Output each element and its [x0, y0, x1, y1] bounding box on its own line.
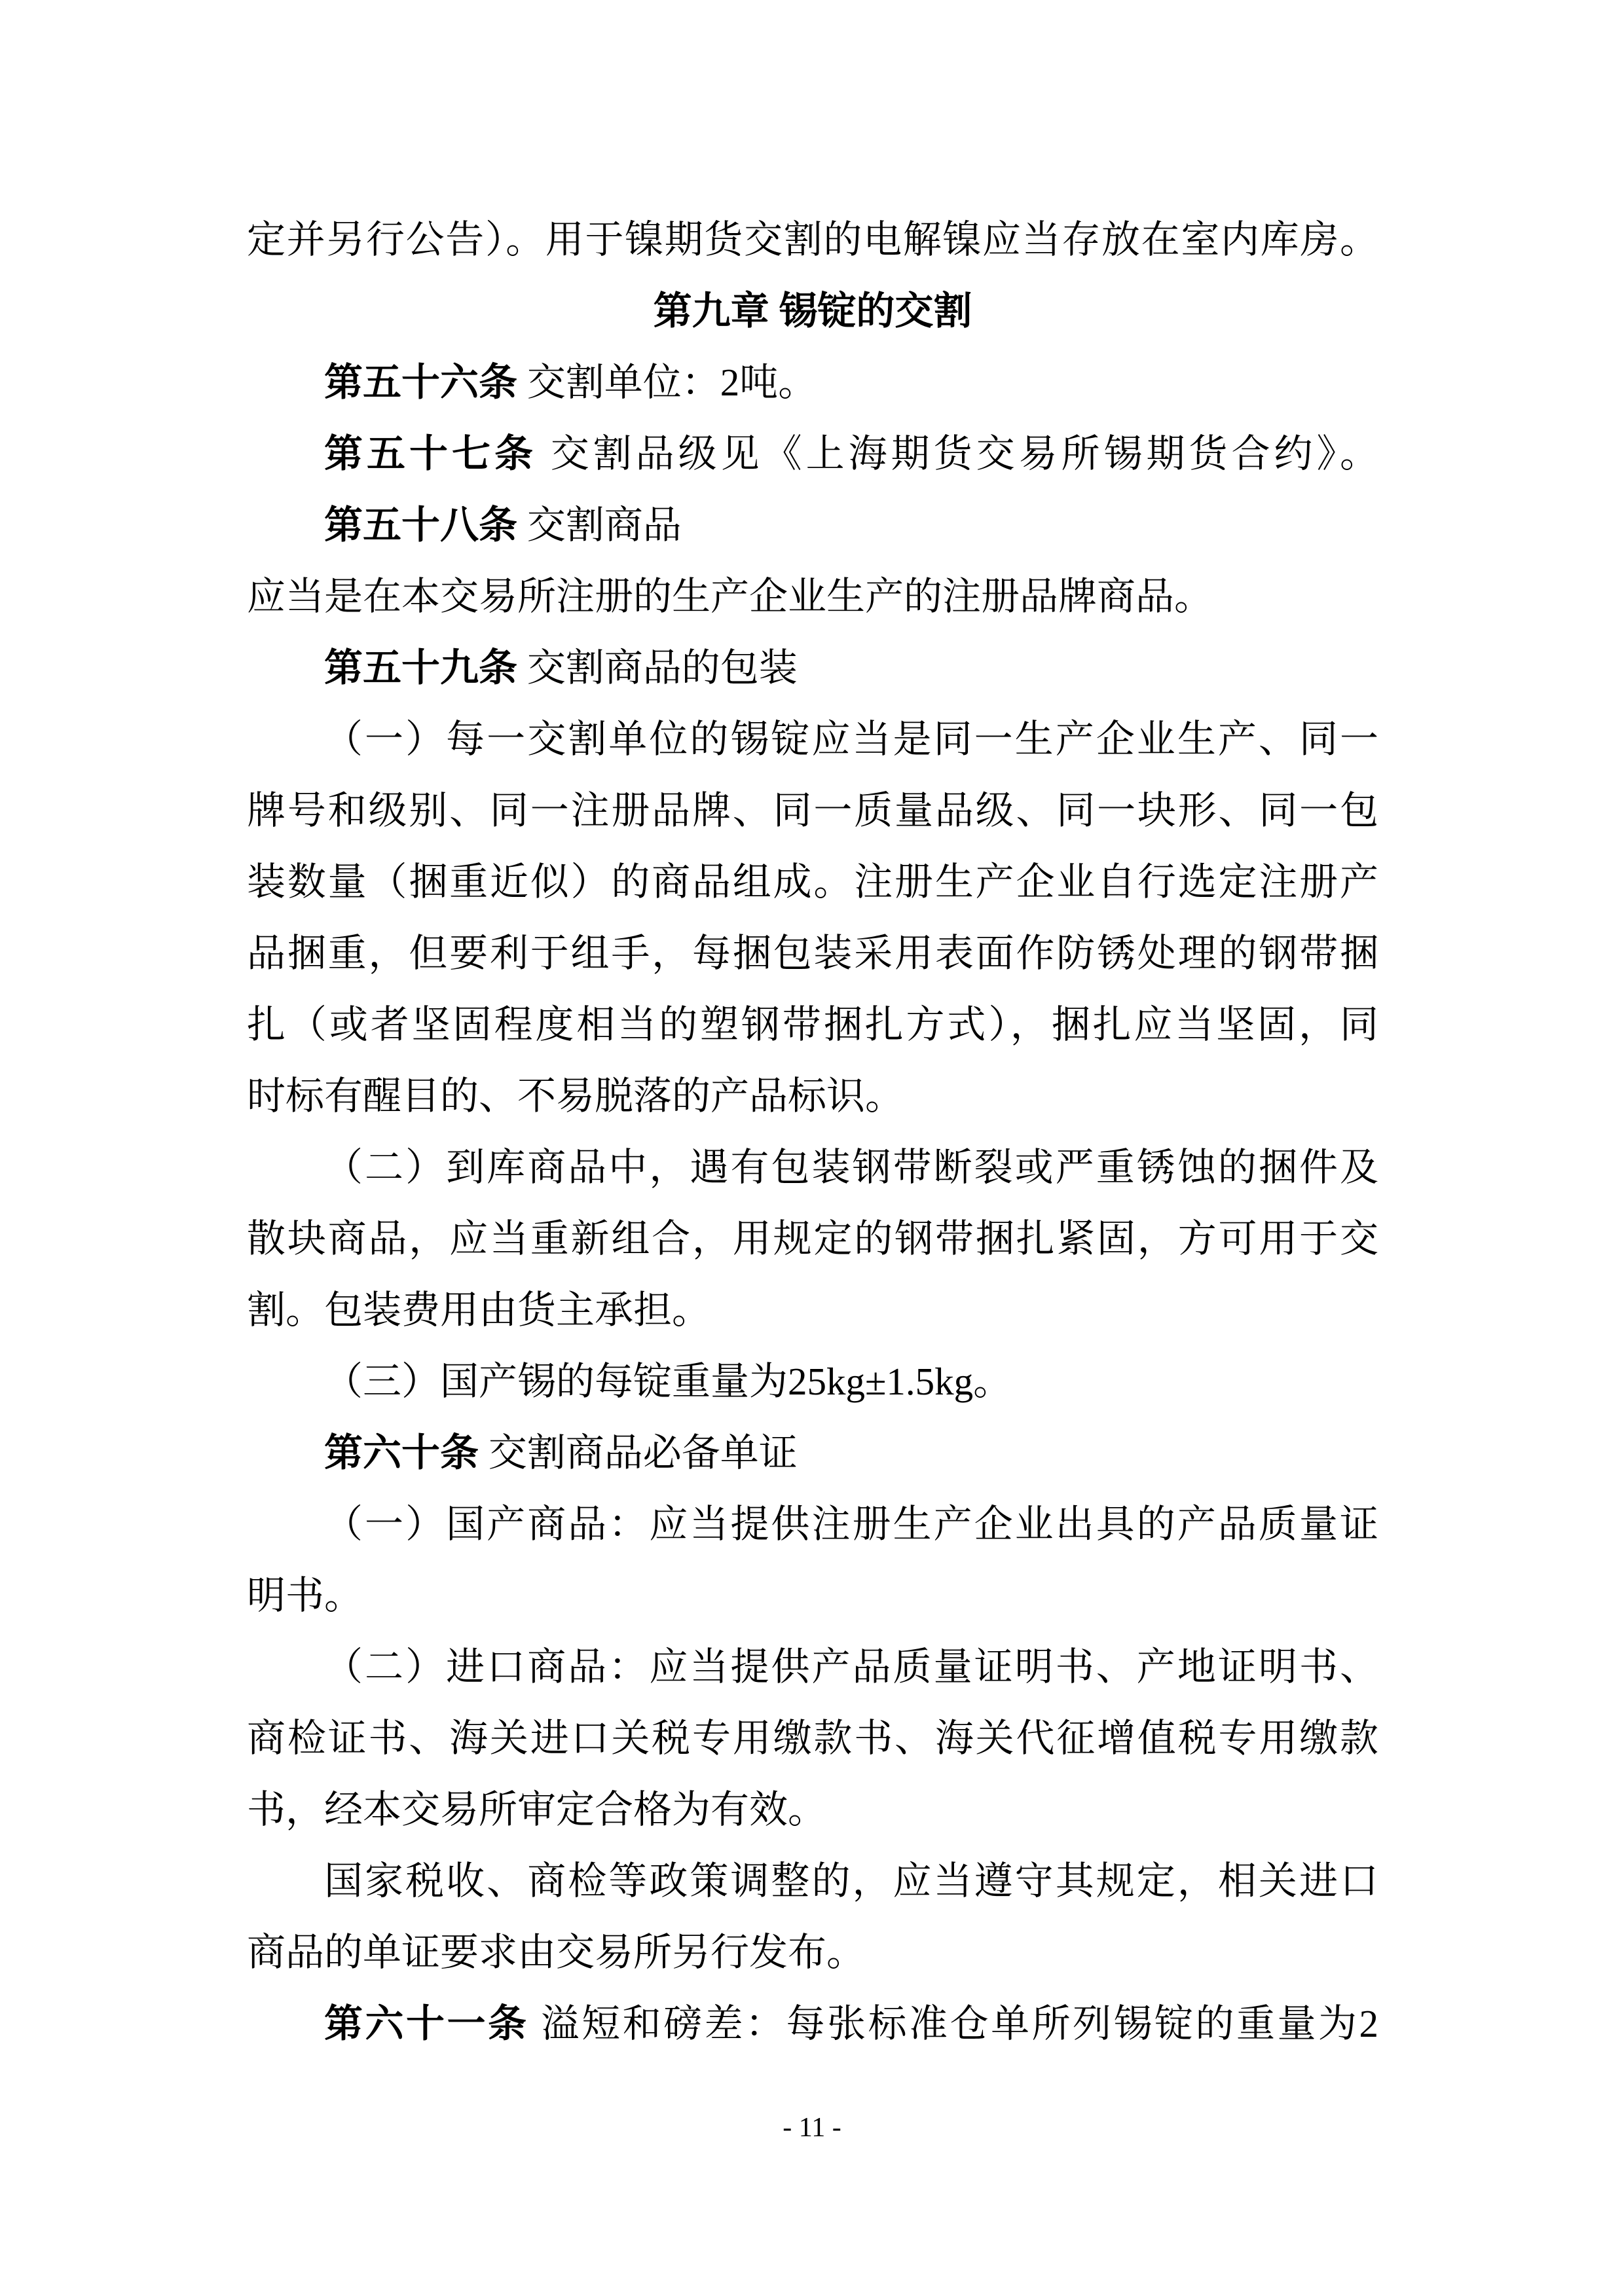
doc-line: 第五十九条 交割商品的包装: [247, 632, 1378, 704]
line-text: （二）进口商品：应当提供产品质量证明书、产地证明书、: [324, 1645, 1378, 1688]
line-text: 时标有醒目的、不易脱落的产品标识。: [247, 1074, 904, 1118]
doc-line: 时标有醒目的、不易脱落的产品标识。: [247, 1061, 1378, 1132]
doc-line: （一）国产商品：应当提供注册生产企业出具的产品质量证: [247, 1489, 1378, 1560]
line-text: （一）国产商品：应当提供注册生产企业出具的产品质量证: [324, 1503, 1378, 1546]
doc-line: 扎（或者坚固程度相当的塑钢带捆扎方式），捆扎应当坚固，同: [247, 989, 1378, 1061]
doc-line: 商检证书、海关进口关税专用缴款书、海关代征增值税专用缴款: [247, 1703, 1378, 1774]
article-number: 第六十一条: [324, 2002, 528, 2045]
line-text: 交割品级见《上海期货交易所锡期货合约》。: [537, 432, 1378, 475]
doc-line: （二）到库商品中，遇有包装钢带断裂或严重锈蚀的捆件及: [247, 1132, 1378, 1203]
doc-line: 牌号和级别、同一注册品牌、同一质量品级、同一块形、同一包: [247, 775, 1378, 847]
line-text: （三）国产锡的每锭重量为25kg±1.5kg。: [324, 1360, 1012, 1403]
doc-line: 装数量（捆重近似）的商品组成。注册生产企业自行选定注册产: [247, 847, 1378, 918]
line-text: 溢短和磅差：每张标准仓单所列锡锭的重量为2: [528, 2002, 1378, 2045]
doc-line: 书，经本交易所审定合格为有效。: [247, 1774, 1378, 1846]
line-text: 装数量（捆重近似）的商品组成。注册生产企业自行选定注册产: [247, 860, 1378, 903]
doc-line: （二）进口商品：应当提供产品质量证明书、产地证明书、: [247, 1631, 1378, 1703]
article-number: 第五十六条: [324, 361, 517, 404]
line-text: 牌号和级别、同一注册品牌、同一质量品级、同一块形、同一包: [247, 789, 1378, 832]
document-page: 定并另行公告）。用于镍期货交割的电解镍应当存放在室内库房。第九章 锡锭的交割第五…: [0, 0, 1624, 2296]
line-text: 定并另行公告）。用于镍期货交割的电解镍应当存放在室内库房。: [247, 218, 1378, 261]
article-number: 第五十七条: [324, 432, 537, 475]
line-text: 商检证书、海关进口关税专用缴款书、海关代征增值税专用缴款: [247, 1717, 1378, 1760]
line-text: 扎（或者坚固程度相当的塑钢带捆扎方式），捆扎应当坚固，同: [247, 1003, 1378, 1046]
line-text: 割。包装费用由货主承担。: [247, 1288, 710, 1332]
line-text: 交割商品的包装: [517, 646, 798, 689]
line-text: 交割单位：2吨。: [517, 361, 817, 404]
doc-line: 第六十条 交割商品必备单证: [247, 1417, 1378, 1489]
doc-line: 第五十七条 交割品级见《上海期货交易所锡期货合约》。: [247, 418, 1378, 490]
document-text-block: 定并另行公告）。用于镍期货交割的电解镍应当存放在室内库房。第九章 锡锭的交割第五…: [247, 204, 1378, 2060]
doc-line: 第五十六条 交割单位：2吨。: [247, 347, 1378, 418]
line-text: 交割商品: [517, 503, 682, 547]
doc-line: 商品的单证要求由交易所另行发布。: [247, 1917, 1378, 1988]
doc-line: （一）每一交割单位的锡锭应当是同一生产企业生产、同一: [247, 704, 1378, 775]
doc-line: 第六十一条 溢短和磅差：每张标准仓单所列锡锭的重量为2: [247, 1988, 1378, 2060]
article-number: 第九章 锡锭的交割: [654, 289, 972, 333]
line-text: 商品的单证要求由交易所另行发布。: [247, 1931, 865, 1974]
article-number: 第六十条: [324, 1431, 479, 1474]
line-text: 国家税收、商检等政策调整的，应当遵守其规定，相关进口: [324, 1859, 1378, 1903]
doc-line: 应当是在本交易所注册的生产企业生产的注册品牌商品。: [247, 561, 1378, 632]
line-text: （一）每一交割单位的锡锭应当是同一生产企业生产、同一: [324, 718, 1378, 761]
article-number: 第五十九条: [324, 646, 517, 689]
doc-line: 定并另行公告）。用于镍期货交割的电解镍应当存放在室内库房。: [247, 204, 1378, 276]
chapter-heading: 第九章 锡锭的交割: [247, 276, 1378, 347]
doc-line: 割。包装费用由货主承担。: [247, 1275, 1378, 1346]
doc-line: 散块商品，应当重新组合，用规定的钢带捆扎紧固，方可用于交: [247, 1203, 1378, 1275]
line-text: 散块商品，应当重新组合，用规定的钢带捆扎紧固，方可用于交: [247, 1217, 1378, 1260]
line-text: 品捆重，但要利于组手，每捆包装采用表面作防锈处理的钢带捆: [247, 932, 1378, 975]
line-text: （二）到库商品中，遇有包装钢带断裂或严重锈蚀的捆件及: [324, 1146, 1378, 1189]
doc-line: 明书。: [247, 1560, 1378, 1631]
doc-line: 品捆重，但要利于组手，每捆包装采用表面作防锈处理的钢带捆: [247, 918, 1378, 989]
article-number: 第五十八条: [324, 503, 517, 547]
page-number: - 11 -: [0, 2111, 1624, 2145]
doc-line: （三）国产锡的每锭重量为25kg±1.5kg。: [247, 1346, 1378, 1417]
doc-line: 第五十八条 交割商品: [247, 490, 1378, 561]
line-text: 书，经本交易所审定合格为有效。: [247, 1788, 826, 1831]
line-text: 明书。: [247, 1574, 363, 1617]
line-text: 交割商品必备单证: [479, 1431, 798, 1474]
line-text: 应当是在本交易所注册的生产企业生产的注册品牌商品。: [247, 575, 1213, 618]
doc-line: 国家税收、商检等政策调整的，应当遵守其规定，相关进口: [247, 1846, 1378, 1917]
